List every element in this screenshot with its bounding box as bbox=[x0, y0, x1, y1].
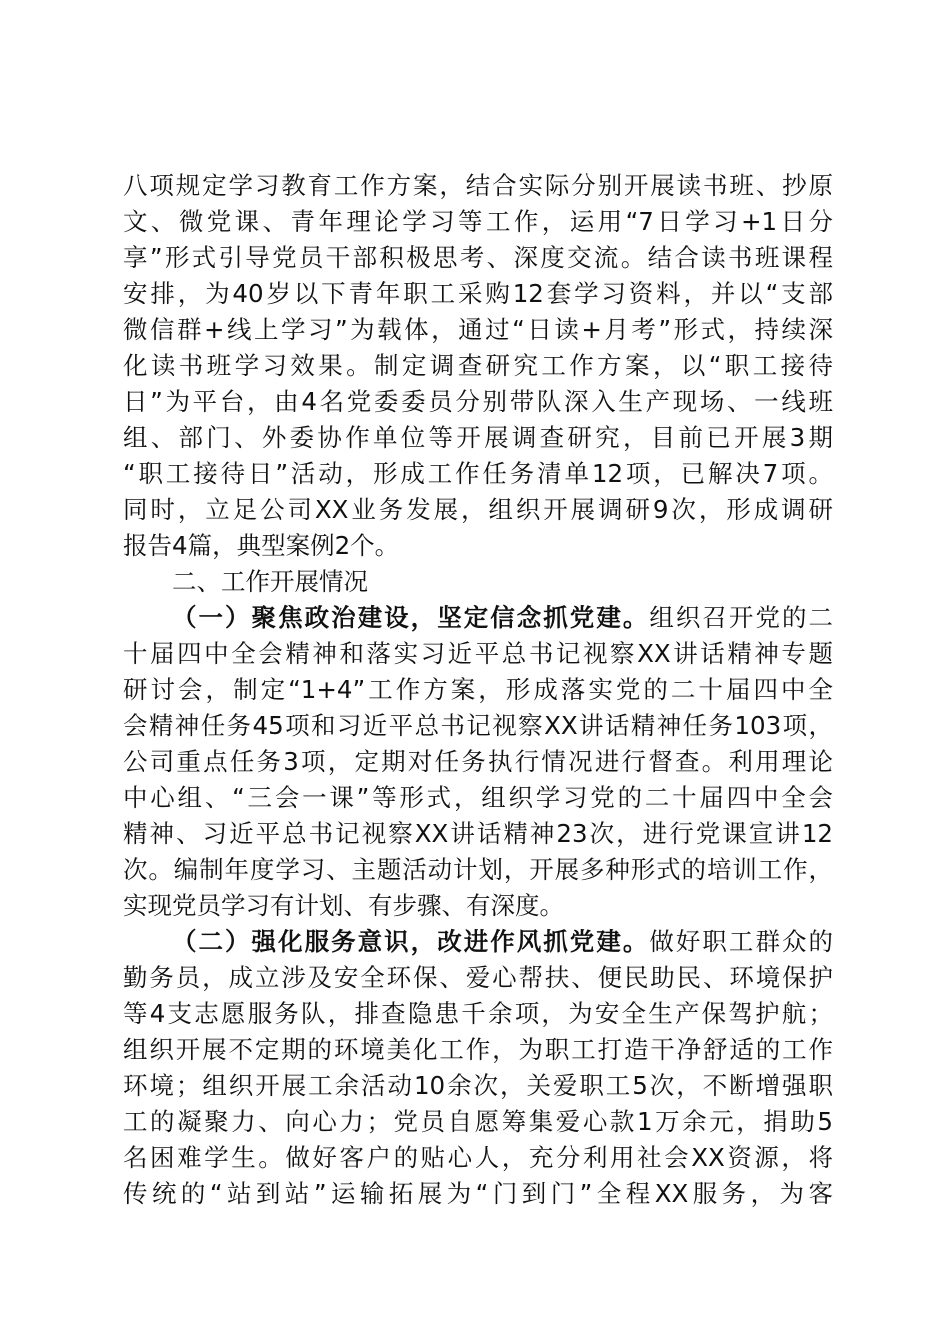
text-line-with-lead: （一）聚焦政治建设，坚定信念抓党建。组织召开党的二 bbox=[123, 600, 833, 636]
paragraph-intro: 八项规定学习教育工作方案，结合实际分别开展读书班、抄原 文、微党课、青年理论学习… bbox=[123, 168, 833, 564]
text-run: 组织召开党的二 bbox=[649, 603, 833, 632]
text-line: 报告4篇，典型案例2个。 bbox=[123, 528, 833, 564]
text-line: 名困难学生。做好客户的贴心人，充分利用社会XX资源，将 bbox=[123, 1140, 833, 1176]
text-run: 做好职工群众的 bbox=[649, 927, 833, 956]
document-page: 八项规定学习教育工作方案，结合实际分别开展读书班、抄原 文、微党课、青年理论学习… bbox=[123, 168, 833, 1212]
text-line: 等4支志愿服务队，排查隐患千余项，为安全生产保驾护航； bbox=[123, 996, 833, 1032]
text-line: 文、微党课、青年理论学习等工作，运用“7日学习+1日分 bbox=[123, 204, 833, 240]
text-line: 同时，立足公司XX业务发展，组织开展调研9次，形成调研 bbox=[123, 492, 833, 528]
text-line: 微信群+线上学习”为载体，通过“日读+月考”形式，持续深 bbox=[123, 312, 833, 348]
text-line: 安排，为40岁以下青年职工采购12套学习资料，并以“支部 bbox=[123, 276, 833, 312]
subsection-lead: （一）聚焦政治建设，坚定信念抓党建。 bbox=[172, 603, 649, 632]
text-line: 组、部门、外委协作单位等开展调查研究，目前已开展3期 bbox=[123, 420, 833, 456]
paragraph-subsection-2: （二）强化服务意识，改进作风抓党建。做好职工群众的 勤务员，成立涉及安全环保、爱… bbox=[123, 924, 833, 1212]
subsection-lead: （二）强化服务意识，改进作风抓党建。 bbox=[172, 927, 649, 956]
text-line: 传统的“站到站”运输拓展为“门到门”全程XX服务，为客 bbox=[123, 1176, 833, 1212]
text-line: 十届四中全会精神和落实习近平总书记视察XX讲话精神专题 bbox=[123, 636, 833, 672]
paragraph-subsection-1: （一）聚焦政治建设，坚定信念抓党建。组织召开党的二 十届四中全会精神和落实习近平… bbox=[123, 600, 833, 924]
section-heading: 二、工作开展情况 bbox=[123, 564, 833, 600]
text-line: 组织开展不定期的环境美化工作，为职工打造干净舒适的工作 bbox=[123, 1032, 833, 1068]
text-line: 环境；组织开展工余活动10余次，关爱职工5次，不断增强职 bbox=[123, 1068, 833, 1104]
text-line: 工的凝聚力、向心力；党员自愿筹集爱心款1万余元，捐助5 bbox=[123, 1104, 833, 1140]
text-line: 研讨会，制定“1+4”工作方案，形成落实党的二十届四中全 bbox=[123, 672, 833, 708]
text-line: 日”为平台，由4名党委委员分别带队深入生产现场、一线班 bbox=[123, 384, 833, 420]
text-line: 精神、习近平总书记视察XX讲话精神23次，进行党课宣讲12 bbox=[123, 816, 833, 852]
text-line: 公司重点任务3项，定期对任务执行情况进行督查。利用理论 bbox=[123, 744, 833, 780]
text-line: “职工接待日”活动，形成工作任务清单12项，已解决7项。 bbox=[123, 456, 833, 492]
text-line: 享”形式引导党员干部积极思考、深度交流。结合读书班课程 bbox=[123, 240, 833, 276]
text-line: 实现党员学习有计划、有步骤、有深度。 bbox=[123, 888, 833, 924]
text-line: 次。编制年度学习、主题活动计划，开展多种形式的培训工作， bbox=[123, 852, 833, 888]
text-line: 会精神任务45项和习近平总书记视察XX讲话精神任务103项， bbox=[123, 708, 833, 744]
text-line-with-lead: （二）强化服务意识，改进作风抓党建。做好职工群众的 bbox=[123, 924, 833, 960]
text-line: 勤务员，成立涉及安全环保、爱心帮扶、便民助民、环境保护 bbox=[123, 960, 833, 996]
text-line: 中心组、“三会一课”等形式，组织学习党的二十届四中全会 bbox=[123, 780, 833, 816]
text-line: 八项规定学习教育工作方案，结合实际分别开展读书班、抄原 bbox=[123, 168, 833, 204]
text-line: 化读书班学习效果。制定调查研究工作方案，以“职工接待 bbox=[123, 348, 833, 384]
